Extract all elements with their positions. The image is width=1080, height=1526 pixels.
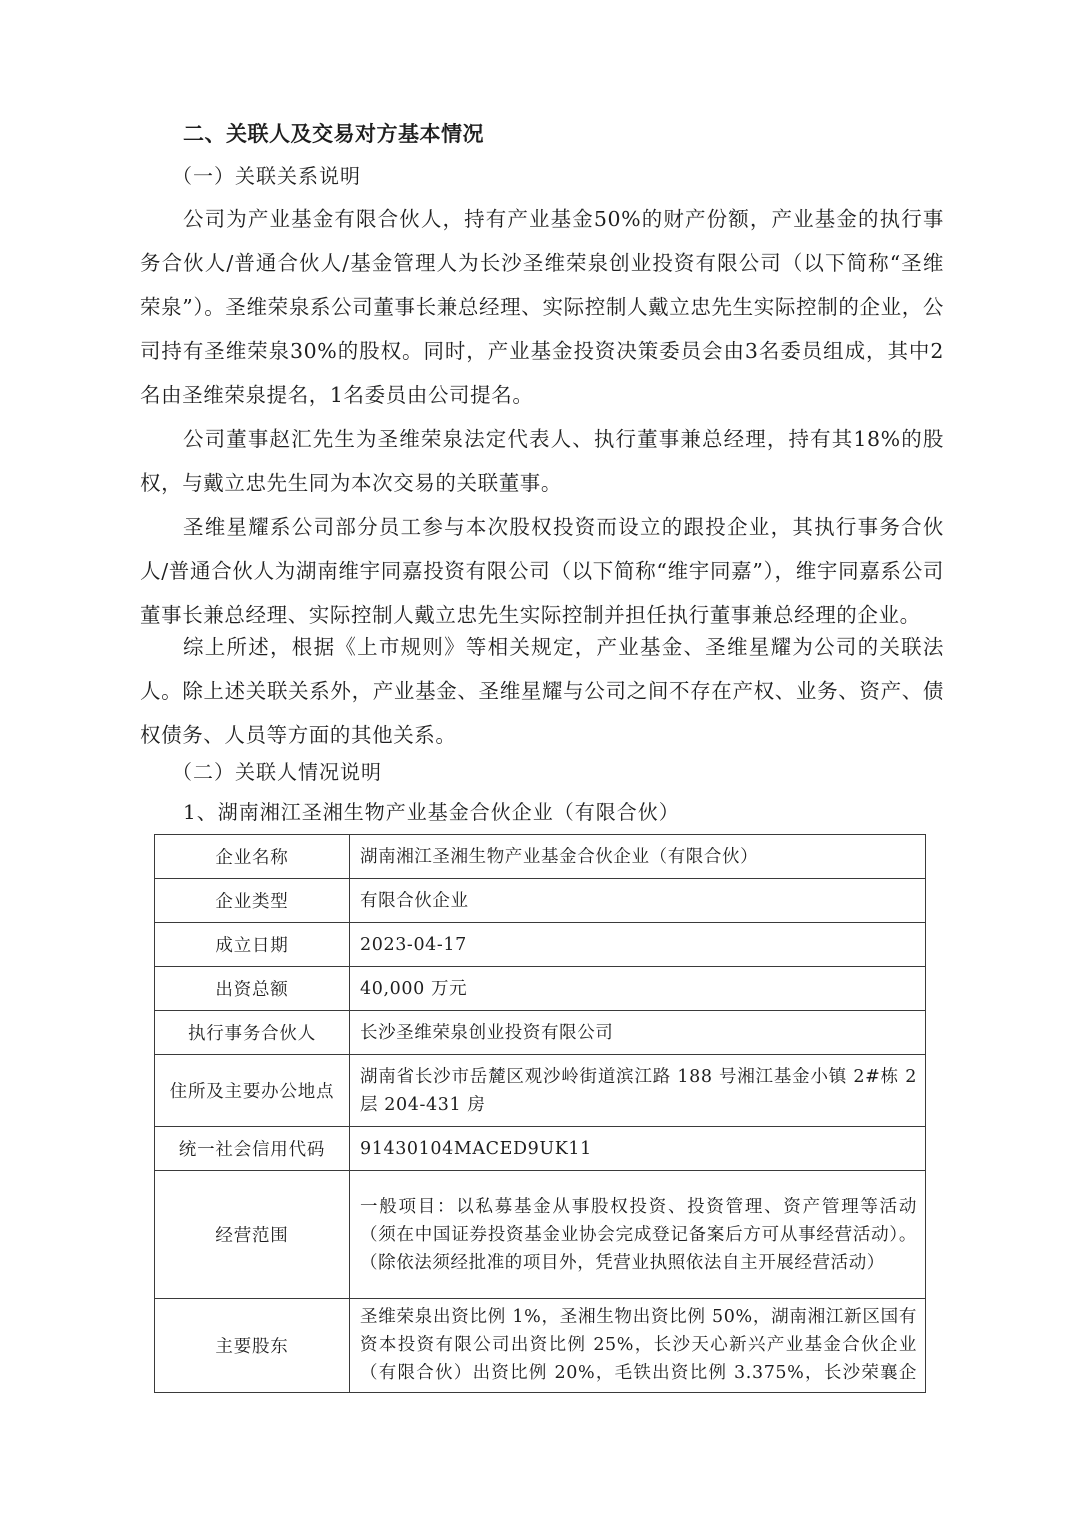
table-row: 出资总额 40,000 万元 bbox=[155, 967, 926, 1011]
row-value: 湖南省长沙市岳麓区观沙岭街道滨江路 188 号湘江基金小镇 2#栋 2 层 20… bbox=[350, 1055, 926, 1127]
section-heading: 二、关联人及交易对方基本情况 bbox=[183, 118, 484, 148]
related-party-info-table: 企业名称 湖南湘江圣湘生物产业基金合伙企业（有限合伙） 企业类型 有限合伙企业 … bbox=[154, 834, 926, 1393]
row-value: 一般项目：以私募基金从事股权投资、投资管理、资产管理等活动（须在中国证券投资基金… bbox=[350, 1171, 926, 1299]
table-row: 企业类型 有限合伙企业 bbox=[155, 879, 926, 923]
row-value: 长沙圣维荣泉创业投资有限公司 bbox=[350, 1011, 926, 1055]
table-row: 主要股东 圣维荣泉出资比例 1%，圣湘生物出资比例 50%，湖南湘江新区国有资本… bbox=[155, 1299, 926, 1393]
row-value: 40,000 万元 bbox=[350, 967, 926, 1011]
row-value: 91430104MACED9UK11 bbox=[350, 1127, 926, 1171]
row-value: 2023-04-17 bbox=[350, 923, 926, 967]
table-row: 经营范围 一般项目：以私募基金从事股权投资、投资管理、资产管理等活动（须在中国证… bbox=[155, 1171, 926, 1299]
row-label: 主要股东 bbox=[155, 1299, 350, 1393]
row-label: 执行事务合伙人 bbox=[155, 1011, 350, 1055]
document-page: 二、关联人及交易对方基本情况 （一）关联关系说明 公司为产业基金有限合伙人，持有… bbox=[0, 0, 1080, 1526]
row-label: 企业名称 bbox=[155, 835, 350, 879]
subsection-heading-related-party: （二）关联人情况说明 bbox=[172, 756, 382, 785]
subsection-heading-relationship: （一）关联关系说明 bbox=[172, 160, 361, 189]
related-party-title: 1、湖南湘江圣湘生物产业基金合伙企业（有限合伙） bbox=[183, 796, 680, 825]
row-label: 企业类型 bbox=[155, 879, 350, 923]
row-label: 经营范围 bbox=[155, 1171, 350, 1299]
row-label: 住所及主要办公地点 bbox=[155, 1055, 350, 1127]
row-value-text: 圣维荣泉出资比例 1%，圣湘生物出资比例 50%，湖南湘江新区国有资本投资有限公… bbox=[360, 1303, 917, 1388]
paragraph-director-relationship: 公司董事赵汇先生为圣维荣泉法定代表人、执行董事兼总经理，持有其18%的股权，与戴… bbox=[140, 417, 944, 505]
table-row: 成立日期 2023-04-17 bbox=[155, 923, 926, 967]
table-row: 住所及主要办公地点 湖南省长沙市岳麓区观沙岭街道滨江路 188 号湘江基金小镇 … bbox=[155, 1055, 926, 1127]
row-value: 圣维荣泉出资比例 1%，圣湘生物出资比例 50%，湖南湘江新区国有资本投资有限公… bbox=[350, 1299, 926, 1393]
row-label: 出资总额 bbox=[155, 967, 350, 1011]
row-value: 湖南湘江圣湘生物产业基金合伙企业（有限合伙） bbox=[350, 835, 926, 879]
paragraph-fund-relationship: 公司为产业基金有限合伙人，持有产业基金50%的财产份额，产业基金的执行事务合伙人… bbox=[140, 197, 944, 417]
table-row: 执行事务合伙人 长沙圣维荣泉创业投资有限公司 bbox=[155, 1011, 926, 1055]
row-label: 成立日期 bbox=[155, 923, 350, 967]
table-row: 企业名称 湖南湘江圣湘生物产业基金合伙企业（有限合伙） bbox=[155, 835, 926, 879]
paragraph-summary: 综上所述，根据《上市规则》等相关规定，产业基金、圣维星耀为公司的关联法人。除上述… bbox=[140, 625, 944, 757]
table-row: 统一社会信用代码 91430104MACED9UK11 bbox=[155, 1127, 926, 1171]
paragraph-follow-investment: 圣维星耀系公司部分员工参与本次股权投资而设立的跟投企业，其执行事务合伙人/普通合… bbox=[140, 505, 944, 637]
row-value: 有限合伙企业 bbox=[350, 879, 926, 923]
row-label: 统一社会信用代码 bbox=[155, 1127, 350, 1171]
